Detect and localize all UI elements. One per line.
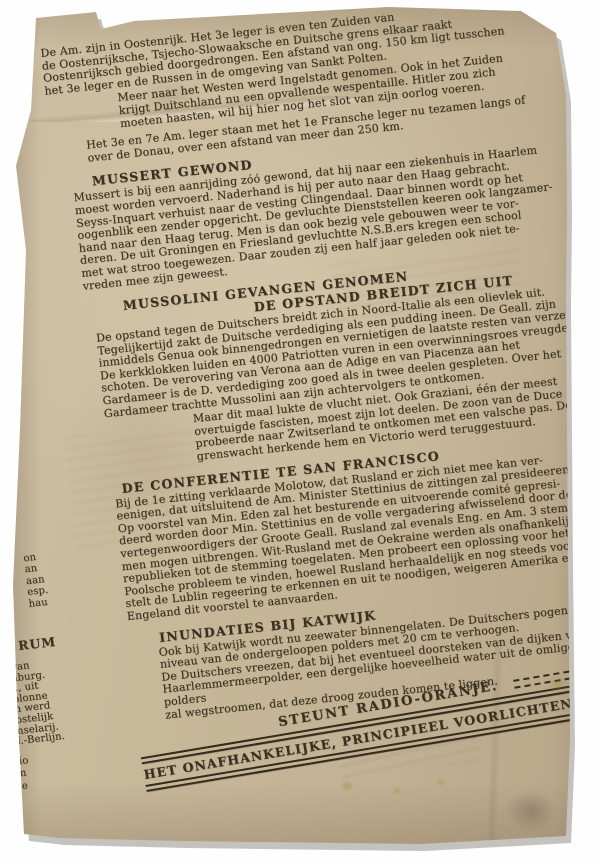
newspaper-body-column: De Am. zijn in Oostenrijk. Het 3e leger … (40, 0, 600, 795)
torn-edge-text-fragments: on an aan esp. hau (23, 551, 50, 610)
torn-edge-text-fragments: t van enburg. W., uit colonne en werd oo… (3, 658, 65, 748)
foxing-spot (340, 780, 354, 792)
photo-of-torn-newspaper: on an aan esp. hau RUM t van enburg. W.,… (0, 0, 600, 859)
foxing-spot (436, 777, 446, 787)
torn-edge-text-fragments: dio en de (12, 755, 32, 794)
foxing-spot (392, 786, 402, 795)
dark-smudge (505, 790, 557, 832)
torn-edge-heading-fragment: RUM (17, 636, 56, 652)
torn-newspaper-page: on an aan esp. hau RUM t van enburg. W.,… (0, 0, 600, 859)
